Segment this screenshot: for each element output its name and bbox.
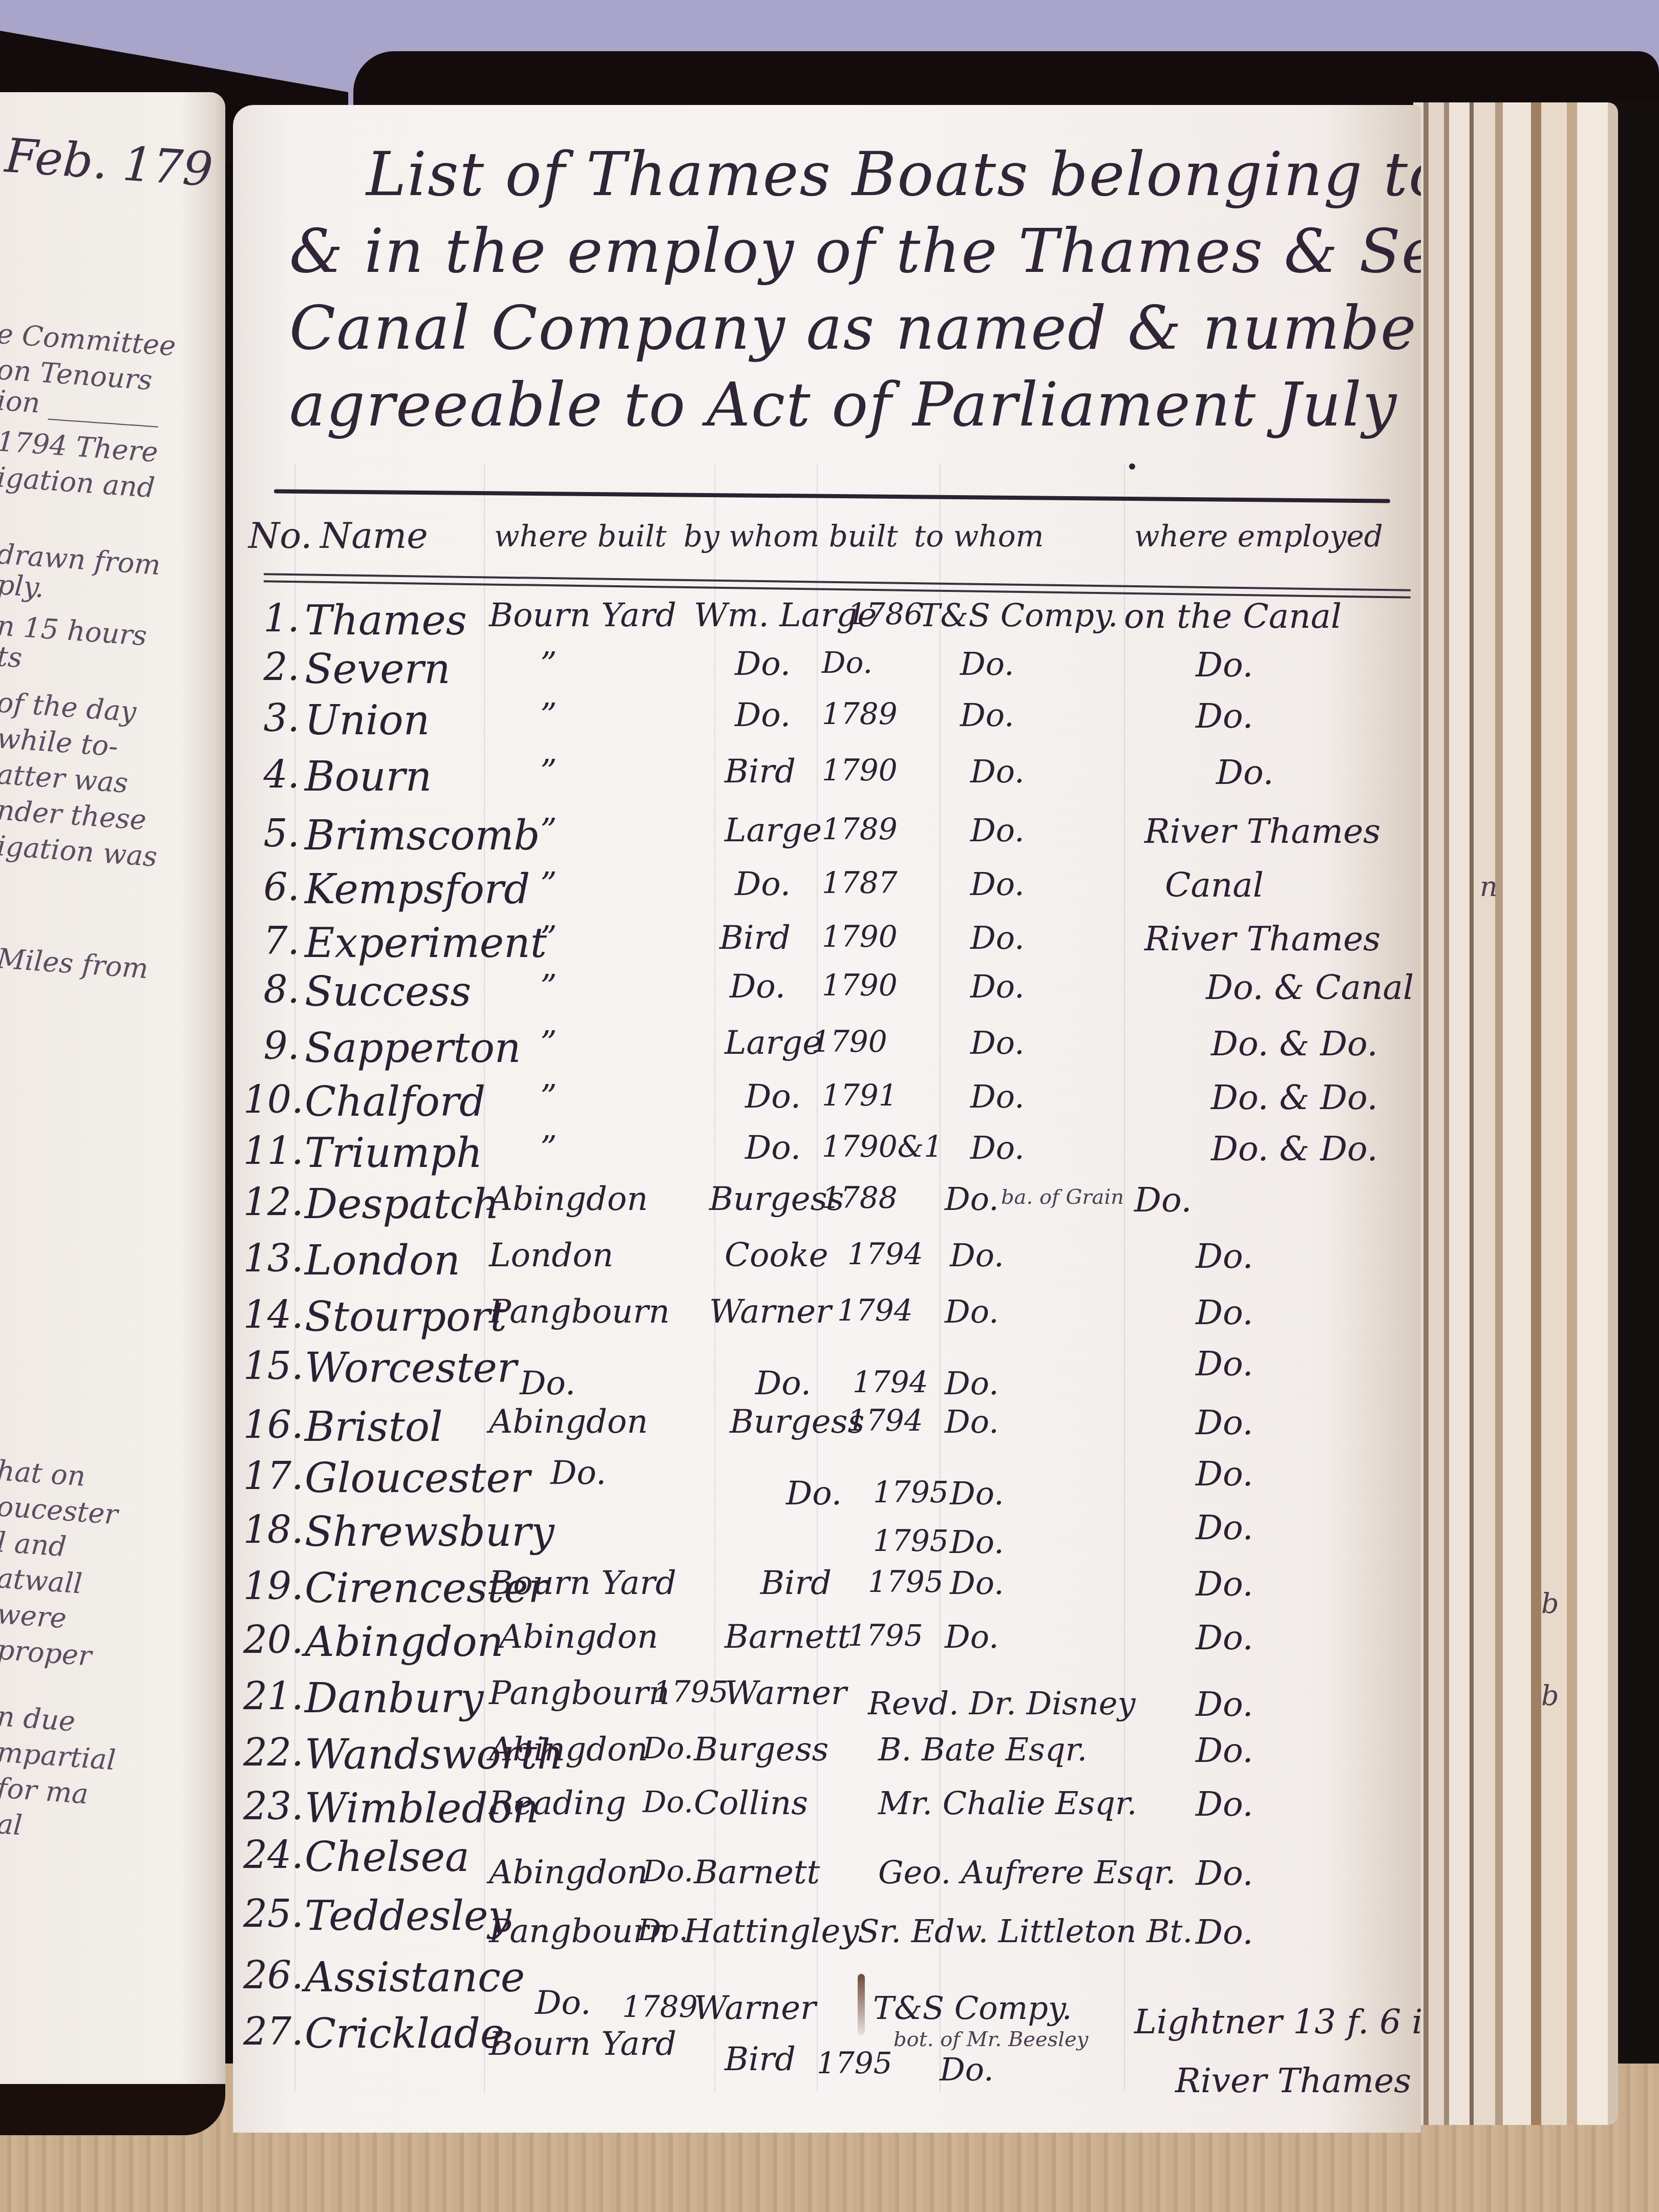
where-employed: Do. <box>1196 1293 1253 1332</box>
where-built: ” <box>540 1078 557 1116</box>
book-cover-corner <box>0 2079 225 2135</box>
leaf-ink-mark: n <box>1480 870 1498 903</box>
where-built: ” <box>540 812 557 849</box>
where-employed: Do. <box>1196 1854 1253 1893</box>
table-row: 15. Worcester Do. Do. 1794 Do. Do. <box>233 1344 1421 1400</box>
builder: Do. <box>735 865 791 903</box>
table-row: 16. Bristol Abingdon Burgess 1794 Do. Do… <box>233 1403 1421 1459</box>
where-built: Abingdon <box>489 1403 648 1441</box>
year-built: 1790 <box>812 1024 887 1059</box>
row-number: 1. <box>243 597 300 641</box>
left-page-line: ts <box>0 640 23 674</box>
row-number: 3. <box>243 696 300 740</box>
column-headers: No. Name where built by whom built to wh… <box>233 515 1421 576</box>
where-employed: Do. <box>1196 1618 1253 1657</box>
boat-name: Chalford <box>305 1078 485 1125</box>
header-by-whom-built: by whom built <box>684 519 898 554</box>
where-employed: Do. <box>1196 1731 1253 1770</box>
builder: Burgess <box>730 1403 864 1441</box>
year-built: 1794 <box>847 1237 923 1271</box>
row-number: 9. <box>243 1024 300 1068</box>
boat-name: Sapperton <box>305 1024 521 1072</box>
boat-name: Stourport <box>305 1293 507 1341</box>
owner: Do. <box>970 1129 1025 1166</box>
owner: Do. <box>970 968 1025 1005</box>
where-built: London <box>489 1237 613 1274</box>
where-built: ” <box>540 1024 557 1062</box>
where-employed: Do. <box>1196 1508 1253 1547</box>
table-row: 13. London London Cooke 1794 Do. Do. <box>233 1237 1421 1293</box>
table-row: 7. Experiment ” Bird 1790 Do. River Tham… <box>233 919 1421 975</box>
page-gutter <box>212 92 225 2084</box>
builder: Bird <box>725 2040 796 2078</box>
row-number: 4. <box>243 753 300 797</box>
where-built: ” <box>540 865 557 903</box>
where-built: Pangbourn <box>489 1674 670 1712</box>
table-row: 9. Sapperton ” Large 1790 Do. Do. & Do. <box>233 1024 1421 1080</box>
builder: Bird <box>719 919 791 957</box>
where-built: Abingdon <box>489 1731 648 1769</box>
row-number: 26. <box>243 1953 300 1997</box>
owner: Do. <box>945 1293 999 1330</box>
table-row: 19. Cirencester Bourn Yard Bird 1795 Do.… <box>233 1564 1421 1621</box>
where-built: ” <box>540 968 557 1006</box>
where-employed: Do. & Do. <box>1211 1078 1378 1117</box>
table-row: 8. Success ” Do. 1790 Do. Do. & Canal <box>233 968 1421 1024</box>
where-built: ” <box>540 753 557 791</box>
year-built: 1794 <box>837 1293 913 1328</box>
left-page-line: proper <box>0 1633 93 1672</box>
year-built: 1795 <box>653 1674 729 1709</box>
boat-name: Triumph <box>305 1129 482 1177</box>
boat-name: Shrewsbury <box>305 1508 555 1556</box>
table-row: 20. Abingdon Abingdon Barnett 1795 Do. D… <box>233 1618 1421 1674</box>
table-row: 23. Wimbledon Reading Do. Collins Mr. Ch… <box>233 1784 1421 1841</box>
left-page-line: ply. <box>0 568 45 604</box>
row-number: 14. <box>243 1293 300 1337</box>
table-row: 17. Gloucester Do. Do. 1795 Do. Do. <box>233 1454 1421 1511</box>
owner: T&S Compy. <box>919 597 1118 634</box>
left-page-line: of the day <box>0 686 137 728</box>
builder: Warner <box>725 1674 847 1712</box>
boat-name: Brimscomb <box>305 812 540 859</box>
left-page-line: 1794 There <box>0 425 159 469</box>
builder: Do. <box>786 1475 842 1513</box>
year-built: Do. <box>643 1731 693 1766</box>
left-page-line: mpartial <box>0 1736 117 1776</box>
owner: Do. <box>945 1618 999 1655</box>
title-line: List of Thames Boats belonging to <box>289 136 1406 212</box>
table-row: 21. Danbury Pangbourn 1795 Warner Revd. … <box>233 1674 1421 1731</box>
where-employed: on the Canal <box>1124 597 1342 636</box>
year-built: 1795 <box>817 2046 892 2080</box>
year-built: Do. <box>643 1854 693 1888</box>
year-built: 1791 <box>822 1078 898 1113</box>
table-row: 18. Shrewsbury 1795 Do. Do. <box>233 1508 1421 1564</box>
boat-name: Assistance <box>305 1953 525 2001</box>
builder: Large <box>725 812 822 849</box>
row-number: 2. <box>243 645 300 689</box>
table-row: 2. Severn ” Do. Do. Do. Do. <box>233 645 1421 701</box>
left-page-line: l and <box>0 1526 68 1563</box>
owner: Do. <box>970 1024 1025 1061</box>
where-built: Pangbourn <box>489 1293 670 1331</box>
owner: Do. <box>945 1403 999 1440</box>
left-page-line: atwall <box>0 1562 83 1600</box>
builder: Bird <box>760 1564 832 1602</box>
where-employed: Do. <box>1196 1344 1253 1384</box>
builder: Burgess <box>694 1731 828 1769</box>
boat-name: Success <box>305 968 471 1015</box>
builder: Barnett <box>694 1854 820 1891</box>
left-page-line: for ma <box>0 1772 90 1810</box>
year-built: 1787 <box>822 865 898 900</box>
row-number: 8. <box>243 968 300 1012</box>
year-built: 1795 <box>847 1618 923 1653</box>
left-page-line: Miles from <box>0 942 150 985</box>
header-where-built: where built <box>494 519 667 554</box>
leaf-ink-mark: b <box>1541 1679 1559 1712</box>
owner: Do. <box>970 1078 1025 1115</box>
boat-name: Bourn <box>305 753 432 800</box>
table-row: 1. Thames Bourn Yard Wm. Large 1786 T&S … <box>233 597 1421 653</box>
owner: Do. <box>940 2051 994 2088</box>
owner: Sr. Edw. Littleton Bt. <box>858 1912 1193 1950</box>
where-employed: Do. & Canal <box>1206 968 1414 1007</box>
year-built: 1789 <box>822 696 898 731</box>
owner: Revd. Dr. Disney <box>868 1685 1135 1722</box>
table-row: 10. Chalford ” Do. 1791 Do. Do. & Do. <box>233 1078 1421 1134</box>
title-line: Canal Company as named & numbered <box>289 289 1406 366</box>
leaf-ink-mark: b <box>1541 1587 1559 1620</box>
where-employed: River Thames <box>1144 919 1380 959</box>
year-built: 1794 <box>853 1365 928 1399</box>
table-row: 26. Assistance Do. 1789 Warner T&S Compy… <box>233 1953 1421 2010</box>
table-row: 5. Brimscomb ” Large 1789 Do. River Tham… <box>233 812 1421 868</box>
where-built: Reading <box>489 1784 626 1822</box>
owner: Do. <box>970 812 1025 849</box>
where-employed: Do. & Do. <box>1211 1129 1378 1168</box>
boat-name: Cricklade <box>305 2010 504 2057</box>
year-built: 1790 <box>822 968 898 1003</box>
where-employed: Do. <box>1196 1912 1253 1952</box>
ledger-page: List of Thames Boats belonging to & in t… <box>233 105 1421 2133</box>
left-page-line: igation was <box>0 829 158 873</box>
row-number: 13. <box>243 1237 300 1281</box>
owner: Do. <box>970 753 1025 790</box>
boat-name: Gloucester <box>305 1454 530 1502</box>
where-employed: Do. <box>1196 645 1253 685</box>
row-number: 27. <box>243 2010 300 2054</box>
table-row: 27. Cricklade Bourn Yard Bird 1795 Do. R… <box>233 2010 1421 2066</box>
boat-name: Thames <box>305 597 467 644</box>
owner: Do. <box>950 1523 1004 1561</box>
owner: Do. <box>945 1365 999 1402</box>
left-page-line: were <box>0 1598 68 1634</box>
builder: Do. <box>735 645 791 683</box>
where-employed: River Thames <box>1144 812 1380 851</box>
owner: Do. <box>970 865 1025 903</box>
header-to-whom: to whom <box>914 519 1044 554</box>
header-name: Name <box>320 515 428 557</box>
title-line: & in the employ of the Thames & Severn <box>289 212 1406 289</box>
owner: Do. <box>950 1237 1004 1274</box>
row-number: 23. <box>243 1784 300 1828</box>
left-page-line: while to- <box>0 722 119 762</box>
where-employed: Do. <box>1196 696 1253 736</box>
left-page-line: al <box>0 1807 24 1841</box>
builder: Do. <box>735 696 791 734</box>
year-built: Do. <box>643 1784 693 1819</box>
boat-name: Kempsford <box>305 865 530 913</box>
where-built: Bourn Yard <box>489 597 676 634</box>
owner: Geo. Aufrere Esqr. <box>878 1854 1176 1891</box>
owner: Do. <box>970 919 1025 956</box>
stacked-page-edges: n b b <box>1413 102 1618 2125</box>
row-number: 15. <box>243 1344 300 1388</box>
row-number: 10. <box>243 1078 300 1122</box>
table-row: 22. Wandsworth Abingdon Do. Burgess B. B… <box>233 1731 1421 1787</box>
boat-name: Chelsea <box>305 1833 470 1881</box>
year-built: 1786 <box>847 597 923 631</box>
boat-name: Abingdon <box>305 1618 503 1666</box>
row-number: 16. <box>243 1403 300 1447</box>
left-page-date: Feb. 1795 <box>3 128 225 199</box>
table-row: 6. Kempsford ” Do. 1787 Do. Canal <box>233 865 1421 922</box>
table-row: 14. Stourport Pangbourn Warner 1794 Do. … <box>233 1293 1421 1349</box>
where-employed: Do. <box>1196 1685 1253 1724</box>
boat-name: Despatch <box>305 1180 499 1228</box>
left-page-line: igation and <box>0 461 156 504</box>
where-employed: Canal <box>1165 865 1264 905</box>
where-employed: Do. <box>1196 1564 1253 1604</box>
where-built: Bourn Yard <box>489 1564 676 1602</box>
builder: Do. <box>745 1078 801 1116</box>
where-employed: Do. <box>1196 1784 1253 1824</box>
table-row: 4. Bourn ” Bird 1790 Do. Do. <box>233 753 1421 809</box>
builder: Bird <box>725 753 796 791</box>
builder: Barnett <box>725 1618 850 1656</box>
title-line: agreeable to Act of Parliament July 1795 <box>289 366 1406 443</box>
boat-name: Danbury <box>305 1674 484 1722</box>
ink-dot <box>1129 463 1135 470</box>
year-built: 1788 <box>822 1180 898 1215</box>
row-number: 6. <box>243 865 300 909</box>
year-built: 1790 <box>822 919 898 954</box>
owner: Do. <box>950 1564 1004 1602</box>
where-built: Bourn Yard <box>489 2025 676 2063</box>
where-employed: Do. <box>1196 1454 1253 1494</box>
title-underline <box>274 489 1390 503</box>
boat-name: Experiment <box>305 919 547 967</box>
builder: Do. <box>745 1129 801 1167</box>
owner: Do. <box>960 645 1014 683</box>
boat-name: London <box>305 1237 460 1284</box>
owner: Mr. Chalie Esqr. <box>878 1784 1137 1822</box>
header-where-employed: where employed <box>1134 519 1383 554</box>
where-built: Do. <box>520 1365 576 1402</box>
year-built: 1795 <box>868 1564 944 1599</box>
row-number: 11. <box>243 1129 300 1173</box>
where-built: ” <box>540 696 557 734</box>
year-built: Do. <box>637 1912 688 1947</box>
boat-name: Union <box>305 696 430 744</box>
where-employed: River Thames <box>1175 2061 1411 2100</box>
builder: Do. <box>755 1365 811 1402</box>
where-employed: Do. & Do. <box>1211 1024 1378 1064</box>
boat-name: Severn <box>305 645 450 693</box>
year-built: 1794 <box>847 1403 923 1438</box>
where-built: ” <box>540 645 557 683</box>
row-number: 24. <box>243 1833 300 1877</box>
row-number: 25. <box>243 1892 300 1936</box>
year-built: 1790 <box>822 753 898 788</box>
table-row: 11. Triumph ” Do. 1790&1 Do. Do. & Do. <box>233 1129 1421 1185</box>
row-number: 12. <box>243 1180 300 1224</box>
year-built: Do. <box>822 645 873 680</box>
year-built: 1795 <box>873 1475 949 1509</box>
table-row: 3. Union ” Do. 1789 Do. Do. <box>233 696 1421 753</box>
table-row: 25. Teddesley Pangbourn Do. Hattingley S… <box>233 1892 1421 1948</box>
year-built: 1789 <box>822 812 898 846</box>
owner: Do. <box>950 1475 1004 1512</box>
row-number: 20. <box>243 1618 300 1662</box>
builder: Cooke <box>725 1237 828 1274</box>
where-employed: Do. <box>1196 1237 1253 1276</box>
row-number: 5. <box>243 812 300 856</box>
where-built: Abingdon <box>499 1618 658 1656</box>
row-number: 17. <box>243 1454 300 1498</box>
builder: Warner <box>709 1293 832 1331</box>
where-employed: Do. <box>1216 753 1273 792</box>
boat-name: Teddesley <box>305 1892 511 1940</box>
owner: Do. <box>945 1180 999 1218</box>
where-employed: Do. <box>1134 1180 1192 1220</box>
left-page: Feb. 1795 e Committee on Tenours ion ___… <box>0 92 225 2084</box>
where-built: Abingdon <box>489 1854 648 1891</box>
row-number: 18. <box>243 1508 300 1552</box>
year-built: 1790&1 <box>822 1129 943 1164</box>
row-number: 22. <box>243 1731 300 1775</box>
row-number: 21. <box>243 1674 300 1718</box>
left-page-line: atter was <box>0 758 129 799</box>
row-number: 19. <box>243 1564 300 1608</box>
year-built: 1795 <box>873 1523 949 1558</box>
table-row: 12. Despatch Abingdon Burgess 1788 Do. b… <box>233 1180 1421 1237</box>
boat-name: Worcester <box>305 1344 517 1392</box>
where-built: Do. <box>550 1454 606 1492</box>
owner: B. Bate Esqr. <box>878 1731 1087 1768</box>
left-page-line: nder these <box>0 794 147 836</box>
header-no: No. <box>248 515 312 557</box>
left-page-line: oucester <box>0 1490 119 1530</box>
left-page-line: hat on <box>0 1454 87 1493</box>
builder: Do. <box>730 968 785 1006</box>
where-built: Abingdon <box>489 1180 648 1218</box>
builder: Collins <box>694 1784 808 1822</box>
table-row: 24. Chelsea Abingdon Do. Barnett Geo. Au… <box>233 1833 1421 1889</box>
builder: Large <box>725 1024 822 1062</box>
where-employed: Do. <box>1196 1403 1253 1442</box>
builder: Hattingley <box>684 1912 859 1950</box>
ledger-title: List of Thames Boats belonging to & in t… <box>289 136 1406 443</box>
where-built: ” <box>540 919 557 957</box>
boat-name: Bristol <box>305 1403 443 1451</box>
owner-note: ba. of Grain <box>1001 1185 1124 1209</box>
where-built: ” <box>540 1129 557 1167</box>
owner: Do. <box>960 696 1014 734</box>
left-page-line: n due <box>0 1700 76 1738</box>
row-number: 7. <box>243 919 300 963</box>
